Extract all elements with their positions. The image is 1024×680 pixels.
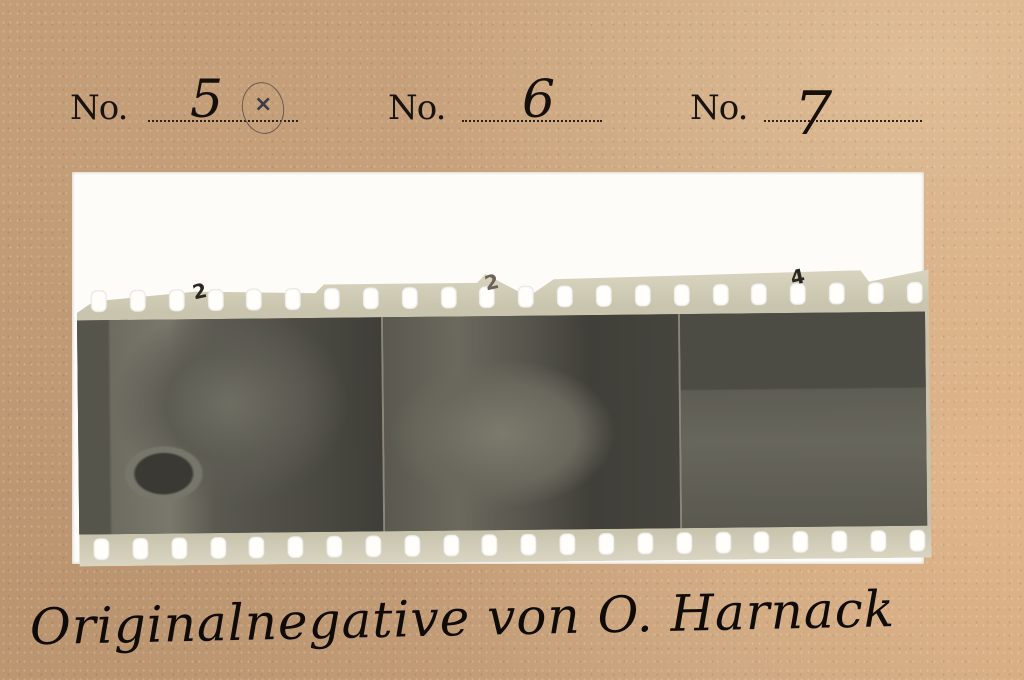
sprocket-hole [676,532,692,554]
sprocket-hole [93,538,109,560]
sprocket-hole [829,282,845,304]
sprocket-hole [518,286,534,308]
sprocket-hole [132,538,148,560]
sprocket-hole [171,537,187,559]
handwritten-number: 6 [522,74,555,126]
sprocket-hole [868,282,884,304]
sprocket-hole [365,535,381,557]
sprocket-hole [363,287,379,309]
sprocket-hole [792,531,808,553]
sprocket-hole [246,289,262,311]
sprocket-hole [404,535,420,557]
sprocket-hole [906,282,922,304]
sprocket-hole [557,285,573,307]
sprocket-hole [285,288,301,310]
sprocket-hole [598,533,614,555]
dotted-line [764,120,922,122]
no-label: No. [388,88,445,128]
number-field-5: No. 5 × [70,82,300,142]
handwritten-number: 7 [794,84,832,144]
film-strip: 2 2 4 [76,258,931,567]
sprocket-hole [440,286,456,308]
sprocket-hole [751,283,767,305]
sprocket-hole [288,536,304,558]
no-label: No. [70,88,127,128]
sprocket-hole [249,537,265,559]
sprocket-hole [130,290,146,312]
sprocket-hole [482,534,498,556]
sprocket-hole [207,289,223,311]
sprocket-hole [210,537,226,559]
sprocket-hole [596,285,612,307]
sprocket-hole [634,284,650,306]
sprocket-hole [712,284,728,306]
handwritten-number: 5 [190,74,223,126]
sprocket-hole [326,536,342,558]
sprocket-hole [754,531,770,553]
sprocket-hole [168,289,184,311]
film-frame-3 [680,312,927,529]
number-field-6: No. 6 [388,82,608,142]
sprocket-hole [637,532,653,554]
number-fields: No. 5 × No. 6 No. 7 [0,82,1024,152]
sprocket-hole [91,290,107,312]
sprocket-hole [401,287,417,309]
sprocket-hole [324,288,340,310]
film-frame-1 [77,317,385,534]
sprocket-hole [831,530,847,552]
sprocket-hole [443,534,459,556]
sprocket-hole [673,284,689,306]
number-field-7: No. 7 [690,82,930,142]
sprocket-hole [521,534,537,556]
film-frames [77,312,927,535]
x-mark-icon: × [254,92,272,117]
sprocket-hole [870,530,886,552]
no-label: No. [690,88,747,128]
sprocket-hole [909,530,925,552]
sprocket-hole [715,532,731,554]
film-frame-2 [383,314,683,531]
sprocket-hole [559,533,575,555]
